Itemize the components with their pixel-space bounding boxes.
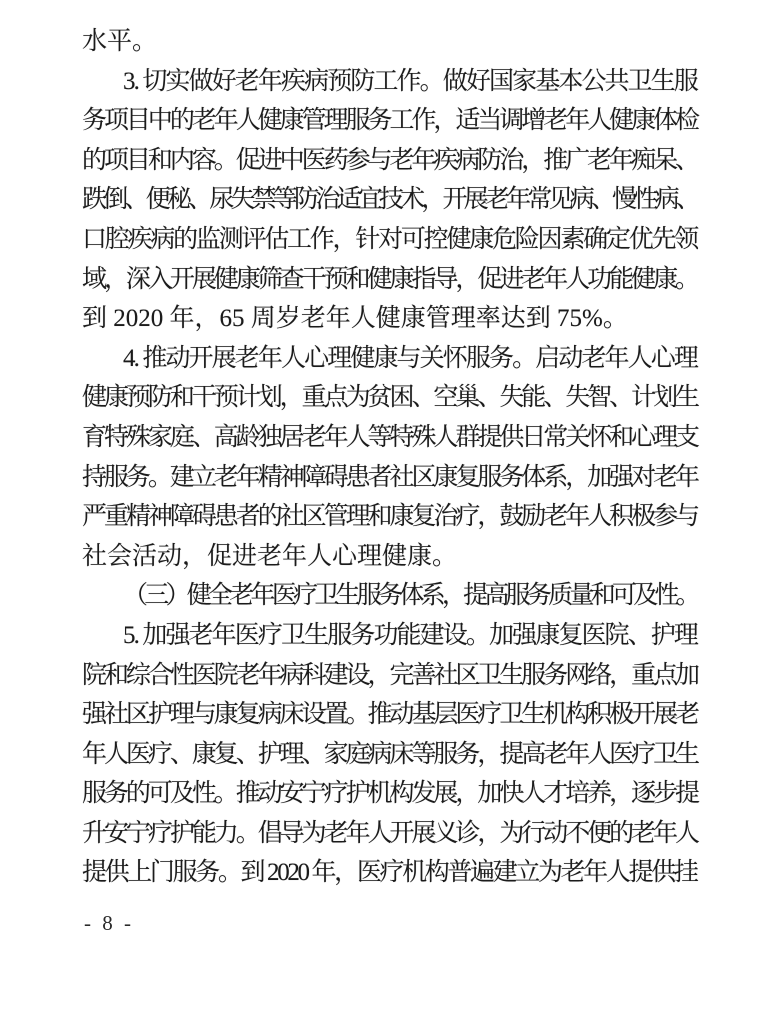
text-line: 跌倒、便秘、尿失禁等防治适宜技术，开展老年常见病、慢性病、 <box>82 180 697 220</box>
text-line: 社会活动，促进老年人心理健康。 <box>82 537 697 577</box>
text-line: 年人医疗、康复、护理、家庭病床等服务，提高老年人医疗卫生 <box>82 735 697 775</box>
text-line: 的项目和内容。促进中医药参与老年疾病防治，推广老年痴呆、 <box>82 141 697 181</box>
text-line: 5. 加强老年医疗卫生服务功能建设。加强康复医院、护理 <box>82 616 697 656</box>
text-line: 服务的可及性。推动安宁疗护机构发展，加快人才培养，逐步提 <box>82 774 697 814</box>
text-line: 3. 切实做好老年疾病预防工作。做好国家基本公共卫生服 <box>82 62 697 102</box>
text-line: 育特殊家庭、高龄独居老年人等特殊人群提供日常关怀和心理支 <box>82 418 697 458</box>
text-line: 口腔疾病的监测评估工作，针对可控健康危险因素确定优先领 <box>82 220 697 260</box>
text-line: 严重精神障碍患者的社区管理和康复治疗，鼓励老年人积极参与 <box>82 497 697 537</box>
text-line: 健康预防和干预计划，重点为贫困、空巢、失能、失智、计划生 <box>82 378 697 418</box>
text-line: 强社区护理与康复病床设置。推动基层医疗卫生机构积极开展老 <box>82 695 697 735</box>
text-line: 水平。 <box>82 22 697 62</box>
text-line: 持服务。建立老年精神障碍患者社区康复服务体系，加强对老年 <box>82 458 697 498</box>
text-line: 务项目中的老年人健康管理服务工作，适当调增老年人健康体检 <box>82 101 697 141</box>
document-body: 水平。3. 切实做好老年疾病预防工作。做好国家基本公共卫生服务项目中的老年人健康… <box>82 22 697 893</box>
text-line: （三）健全老年医疗卫生服务体系，提高服务质量和可及性。 <box>82 576 697 616</box>
text-line: 提供上门服务。到 2020 年，医疗机构普遍建立为老年人提供挂 <box>82 853 697 893</box>
text-line: 到 2020 年，65 周岁老年人健康管理率达到 75%。 <box>82 299 697 339</box>
document-page: 水平。3. 切实做好老年疾病预防工作。做好国家基本公共卫生服务项目中的老年人健康… <box>0 0 780 1012</box>
page-number: - 8 - <box>84 906 134 940</box>
text-line: 域，深入开展健康筛查干预和健康指导，促进老年人功能健康。 <box>82 260 697 300</box>
text-line: 升安宁疗护能力。倡导为老年人开展义诊，为行动不便的老年人 <box>82 814 697 854</box>
text-line: 4. 推动开展老年人心理健康与关怀服务。启动老年人心理 <box>82 339 697 379</box>
text-line: 院和综合性医院老年病科建设，完善社区卫生服务网络，重点加 <box>82 656 697 696</box>
